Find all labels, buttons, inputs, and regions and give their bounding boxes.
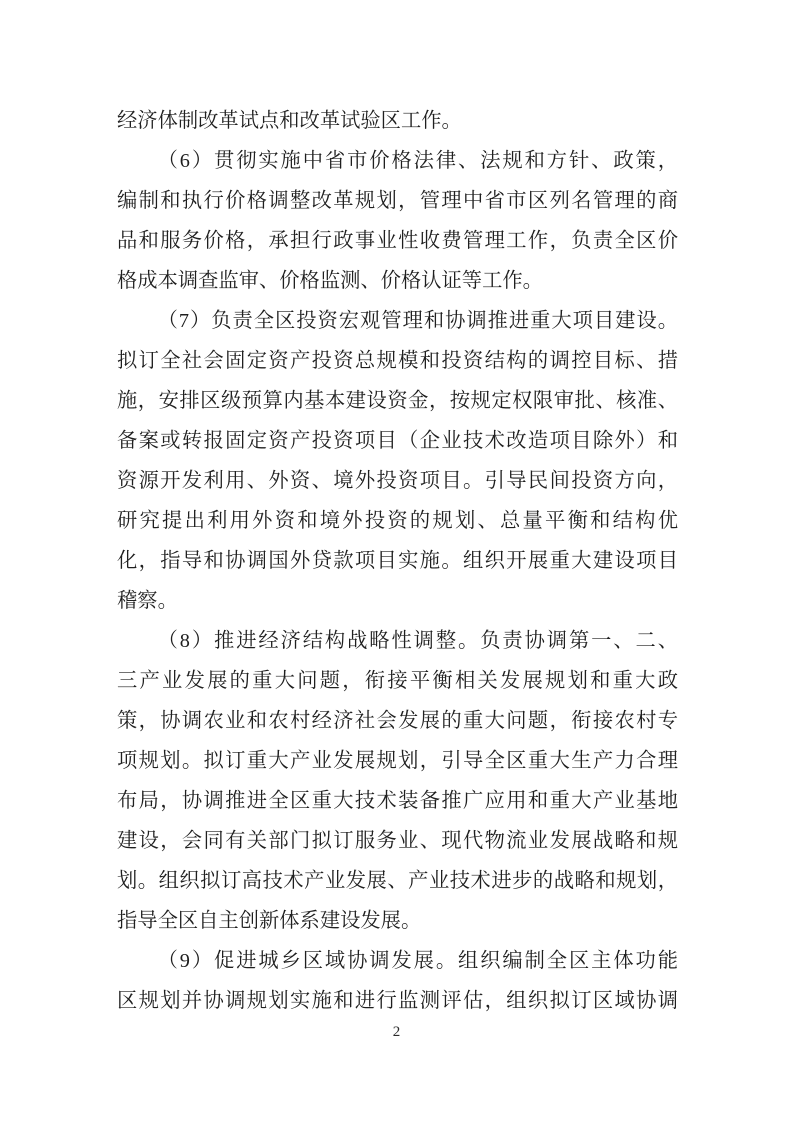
document-line: （9）促进城乡区域协调发展。组织编制全区主体功能 — [117, 941, 678, 981]
page-number: 2 — [0, 1021, 793, 1043]
document-line: 拟订全社会固定资产投资总规模和投资结构的调控目标、措 — [117, 341, 678, 381]
document-line: 三产业发展的重大问题，衔接平衡相关发展规划和重大政 — [117, 661, 678, 701]
document-line: （8）推进经济结构战略性调整。负责协调第一、二、 — [117, 621, 678, 661]
document-line: 施，安排区级预算内基本建设资金，按规定权限审批、核准、 — [117, 381, 678, 421]
document-line: 格成本调查监审、价格监测、价格认证等工作。 — [117, 261, 678, 301]
document-line: 策，协调农业和农村经济社会发展的重大问题，衔接农村专 — [117, 701, 678, 741]
document-line: （7）负责全区投资宏观管理和协调推进重大项目建设。 — [117, 301, 678, 341]
document-line: 稽察。 — [117, 581, 678, 621]
document-line: 经济体制改革试点和改革试验区工作。 — [117, 101, 678, 141]
document-line: 布局，协调推进全区重大技术装备推广应用和重大产业基地 — [117, 781, 678, 821]
document-line: 研究提出利用外资和境外投资的规划、总量平衡和结构优 — [117, 501, 678, 541]
document-line: 编制和执行价格调整改革规划，管理中省市区列名管理的商 — [117, 181, 678, 221]
document-body-text: 经济体制改革试点和改革试验区工作。 （6）贯彻实施中省市价格法律、法规和方针、政… — [117, 101, 678, 1021]
document-line: 区规划并协调规划实施和进行监测评估，组织拟订区域协调 — [117, 981, 678, 1021]
document-line: 化，指导和协调国外贷款项目实施。组织开展重大建设项目 — [117, 541, 678, 581]
document-line: 指导全区自主创新体系建设发展。 — [117, 901, 678, 941]
document-page: 经济体制改革试点和改革试验区工作。 （6）贯彻实施中省市价格法律、法规和方针、政… — [0, 0, 793, 1122]
document-line: 资源开发利用、外资、境外投资项目。引导民间投资方向， — [117, 461, 678, 501]
document-line: 品和服务价格，承担行政事业性收费管理工作，负责全区价 — [117, 221, 678, 261]
document-line: 建设，会同有关部门拟订服务业、现代物流业发展战略和规 — [117, 821, 678, 861]
document-line: 项规划。拟订重大产业发展规划，引导全区重大生产力合理 — [117, 741, 678, 781]
document-line: 划。组织拟订高技术产业发展、产业技术进步的战略和规划， — [117, 861, 678, 901]
document-line: （6）贯彻实施中省市价格法律、法规和方针、政策， — [117, 141, 678, 181]
document-line: 备案或转报固定资产投资项目（企业技术改造项目除外）和 — [117, 421, 678, 461]
